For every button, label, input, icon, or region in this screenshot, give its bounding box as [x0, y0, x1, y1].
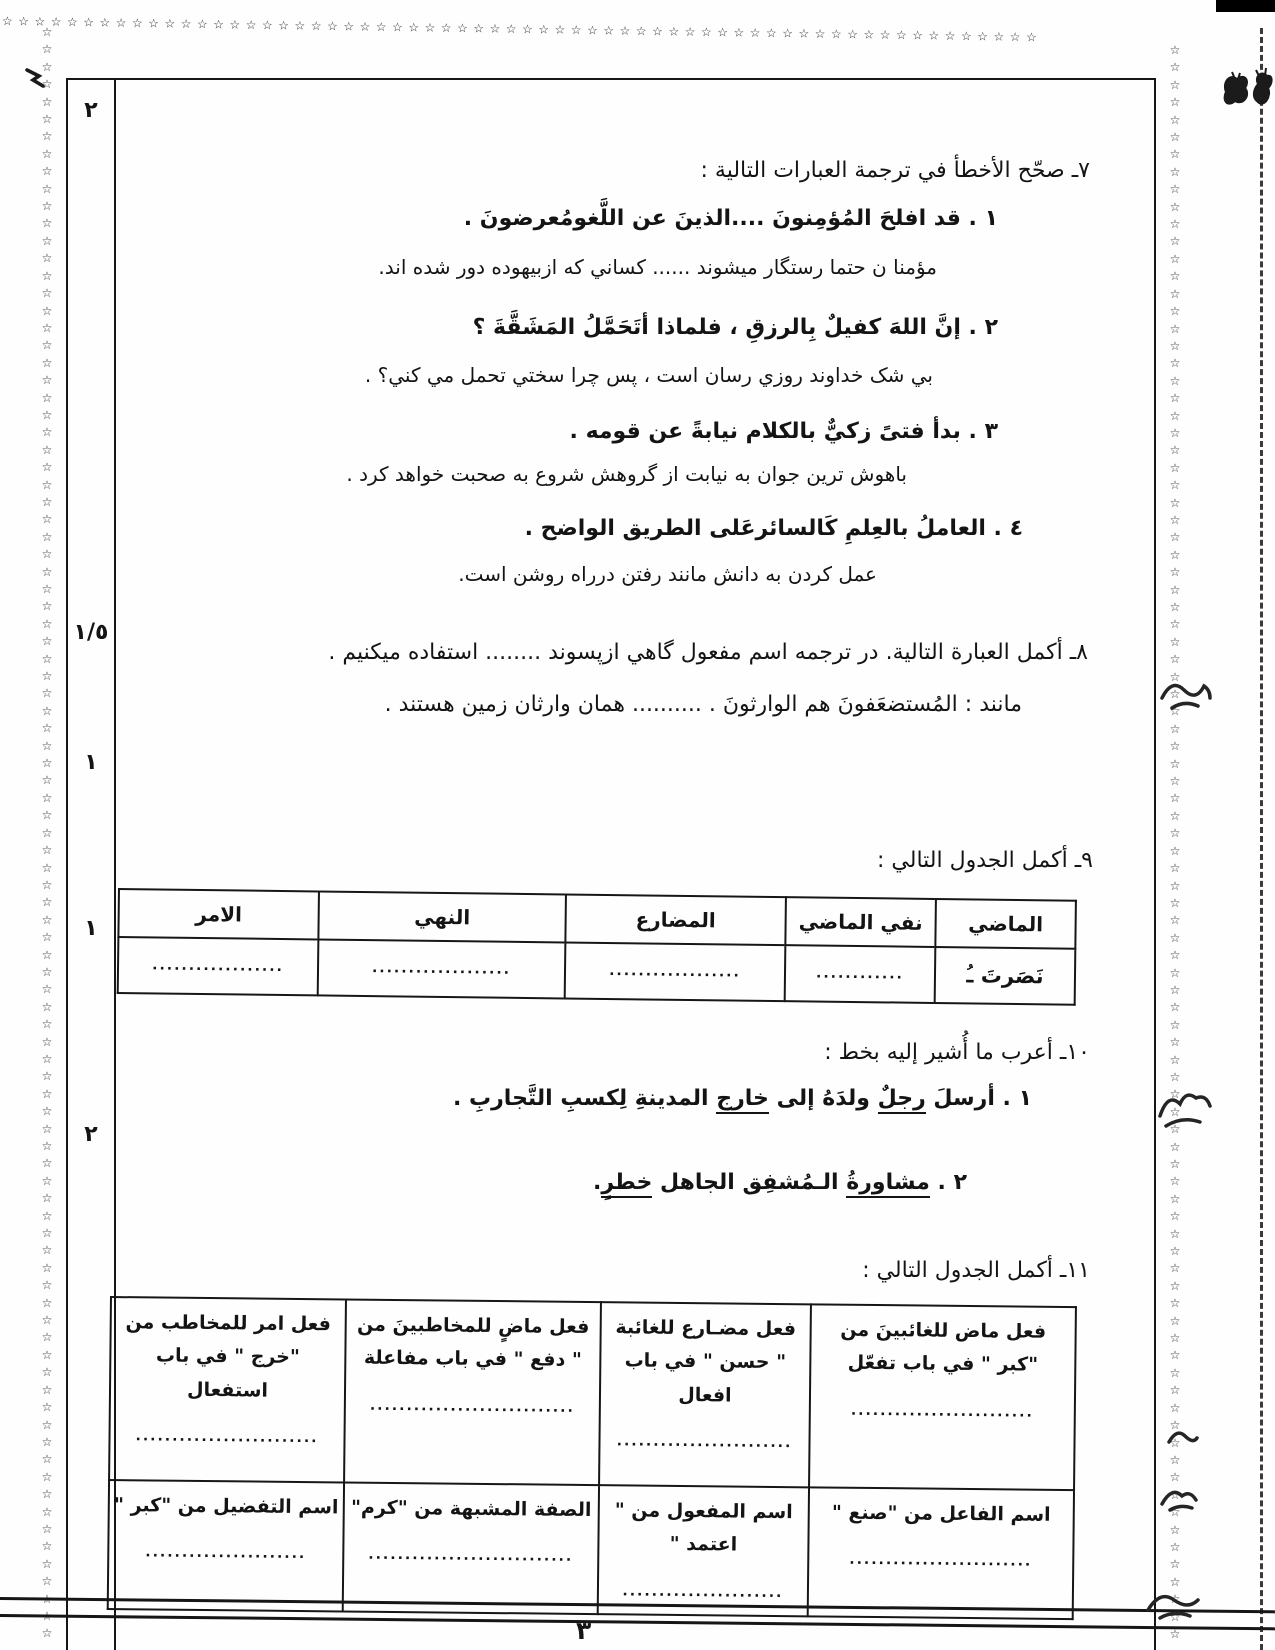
ink-smudge — [24, 64, 46, 88]
q10-item-1-underlined-word-2: خارج — [716, 1086, 769, 1114]
question-9-heading: ٩ـ أكمل الجدول التالي : — [877, 844, 1093, 877]
q10-item-2-underlined-word-2: خطرٍ — [601, 1170, 652, 1198]
q11-cell-label: فعل مضـارع للغائبة — [603, 1311, 809, 1346]
q11-cell-label: فعل ماض للغائبينَ من — [813, 1313, 1074, 1349]
q11-cell: فعل ماضٍ للمخاطبينَ من " دفع " في باب مف… — [344, 1299, 601, 1485]
star-border-top: ☆☆☆☆☆☆☆☆☆☆☆☆☆☆☆☆☆☆☆☆☆☆☆☆☆☆☆☆☆☆☆☆☆☆☆☆☆☆☆☆… — [2, 14, 1180, 57]
q9-cell-blank: .................. — [565, 942, 786, 1001]
q10-item-2: ٢ . مشاورةُ الـمُشفِق الجاهل خطرٍ. — [593, 1166, 967, 1199]
q11-cell-label: "كبر " في باب تفعّل — [812, 1347, 1073, 1383]
q7-item-3-arabic: ٣ . بدأ فتىً زكيٌّ بالكلام نيابةً عن قوم… — [570, 415, 998, 448]
q9-cell-blank: .................. — [118, 937, 319, 995]
q10-item-2-text: الـمُشفِق الجاهل — [652, 1170, 846, 1195]
star-border-right: ☆ ☆ ☆ ☆ ☆ ☆ ☆ ☆ ☆ ☆ ☆ ☆ ☆ ☆ ☆ ☆ ☆ ☆ ☆ ☆ … — [1166, 42, 1184, 1643]
ink-smudge — [1218, 70, 1252, 110]
ink-smudge — [1158, 1482, 1200, 1514]
q9-table-answer-row: نَصَرتَ ـُ ............ ................… — [118, 937, 1076, 1005]
q7-item-2-persian: بي شک خداوند روزي رسان است ، پس چرا سختي… — [365, 360, 933, 390]
q9-table: الماضي نفي الماضي المضارع النهي الامر نَ… — [117, 888, 1077, 1006]
dashed-edge-line — [1260, 28, 1263, 1650]
ink-smudge — [1144, 1584, 1204, 1624]
question-8-line-1: ٨ـ أكمل العبارة التالية. در ترجمه اسم مف… — [328, 636, 1088, 669]
question-8-line-2: مانند : المُستضعَفونَ هم الوارثونَ . ...… — [385, 688, 1022, 721]
q11-cell: فعل مضـارع للغائبة " حسن " في باب افعال … — [599, 1302, 811, 1487]
q11-cell-blank: ........................ — [601, 1433, 807, 1451]
q11-cell: فعل امر للمخاطب من "خرج " في باب استفعال… — [109, 1297, 346, 1482]
q11-cell-label: فعل امر للمخاطب من — [113, 1306, 344, 1342]
q10-item-1-text: ولدَهُ إلى — [769, 1086, 878, 1111]
q9-header-past: الماضي — [935, 899, 1076, 949]
q11-cell-label: "خرج " في باب استفعال — [112, 1339, 344, 1408]
q10-item-2-text: ٢ . — [930, 1170, 967, 1195]
q10-item-1-text: ١ . أرسلَ — [926, 1086, 1032, 1111]
q10-item-1-text: المدينةِ لِكسبِ التَّجاربِ . — [453, 1086, 716, 1111]
question-10-heading: ١٠ـ أعرب ما أُشير إليه بخط : — [824, 1036, 1090, 1069]
q11-table: فعل ماض للغائبينَ من "كبر " في باب تفعّل… — [107, 1296, 1077, 1620]
q9-cell-blank: ................... — [318, 939, 566, 998]
q11-table-row-2: اسم الفاعل من "صنع " ...................… — [108, 1480, 1074, 1619]
q7-item-2-arabic: ٢ . إنَّ اللهَ كفيلٌ بِالرزقِ ، فلماذا أ… — [473, 311, 998, 344]
q11-cell: اسم الفاعل من "صنع " ...................… — [808, 1487, 1074, 1619]
scanned-exam-page: ☆☆☆☆☆☆☆☆☆☆☆☆☆☆☆☆☆☆☆☆☆☆☆☆☆☆☆☆☆☆☆☆☆☆☆☆☆☆☆☆… — [0, 0, 1275, 1650]
margin-mark: ١ — [68, 750, 114, 775]
q9-header-prohibition: النهي — [318, 891, 566, 942]
q9-cell-past-verb: نَصَرتَ ـُ — [935, 947, 1076, 1005]
q11-cell-blank: ...................... — [110, 1544, 341, 1562]
q10-item-1-underlined-word-1: رجلٌ — [878, 1086, 926, 1114]
q11-cell: اسم المفعول من " اعتمد " ...............… — [598, 1485, 809, 1616]
ink-smudge — [1166, 1424, 1200, 1450]
q11-cell-label: اسم التفضيل من "كبر " — [111, 1489, 342, 1525]
q11-cell-label: اسم المفعول من " اعتمد " — [600, 1494, 807, 1563]
q11-cell-blank: ......................... — [812, 1402, 1073, 1421]
ink-smudge — [1248, 66, 1274, 112]
q10-item-2-underlined-word-1: مشاورةُ — [846, 1170, 930, 1198]
q10-item-1: ١ . أرسلَ رجلٌ ولدَهُ إلى خارج المدينةِ … — [453, 1082, 1032, 1115]
margin-mark: ٢ — [68, 1122, 114, 1147]
margin-mark: ١ — [68, 916, 114, 941]
page-number: ٣ — [576, 1616, 591, 1645]
star-border-left: ☆ ☆ ☆ ☆ ☆ ☆ ☆ ☆ ☆ ☆ ☆ ☆ ☆ ☆ ☆ ☆ ☆ ☆ ☆ ☆ … — [38, 24, 56, 1643]
q11-cell-label: الصفة المشبهة من "كرم" — [346, 1491, 597, 1527]
q7-item-4-persian: عمل كردن به دانش مانند رفتن درراه روشن ا… — [458, 559, 877, 589]
question-7-heading: ٧ـ صحّح الأخطأ في ترجمة العبارات التالية… — [701, 154, 1090, 187]
q11-cell-blank: ......................... — [111, 1428, 342, 1446]
q11-cell-blank: ...................... — [600, 1583, 806, 1601]
corner-black-bar — [1216, 0, 1275, 12]
q11-cell: اسم التفضيل من "كبر " ..................… — [108, 1480, 344, 1611]
q11-cell-label: " حسن " في باب افعال — [602, 1344, 809, 1413]
q11-cell-label: فعل ماضٍ للمخاطبينَ من — [348, 1308, 599, 1344]
question-11-heading: ١١ـ أكمل الجدول التالي : — [862, 1254, 1090, 1287]
q11-cell: فعل ماض للغائبينَ من "كبر " في باب تفعّل… — [809, 1304, 1076, 1490]
q11-cell-blank: ............................ — [347, 1397, 598, 1416]
q9-header-present: المضارع — [565, 894, 786, 945]
q7-item-1-arabic: ١ . قد افلحَ المُؤمِنونَ ....الذينَ عن ا… — [464, 202, 998, 235]
q11-cell-label: " دفع " في باب مفاعلة — [347, 1342, 598, 1378]
margin-mark: ٢ — [68, 98, 114, 123]
q9-cell-blank: ............ — [785, 945, 936, 1003]
q11-cell-blank: ............................ — [345, 1547, 596, 1566]
q9-header-negated-past: نفي الماضي — [785, 897, 936, 947]
ink-smudge — [1156, 1082, 1214, 1132]
q11-table-row-1: فعل ماض للغائبينَ من "كبر " في باب تفعّل… — [109, 1297, 1076, 1490]
q11-cell-blank: ......................... — [810, 1552, 1071, 1571]
q9-header-imperative: الامر — [118, 889, 319, 939]
q7-item-1-persian: مؤمنا ن حتما رستگار ميشوند ...... كساني … — [378, 252, 937, 282]
q7-item-4-arabic: ٤ . العاملُ بالعِلمِ كَالسائرعَلى الطريق… — [525, 512, 1023, 545]
margin-mark: ١/٥ — [68, 620, 114, 645]
ink-smudge — [1158, 668, 1214, 714]
q11-cell: الصفة المشبهة من "كرم" .................… — [343, 1482, 599, 1614]
q7-item-3-persian: باهوش ترين جوان به نيابت از گروهش شروع ب… — [346, 459, 907, 489]
q11-cell-label: اسم الفاعل من "صنع " — [811, 1496, 1072, 1532]
